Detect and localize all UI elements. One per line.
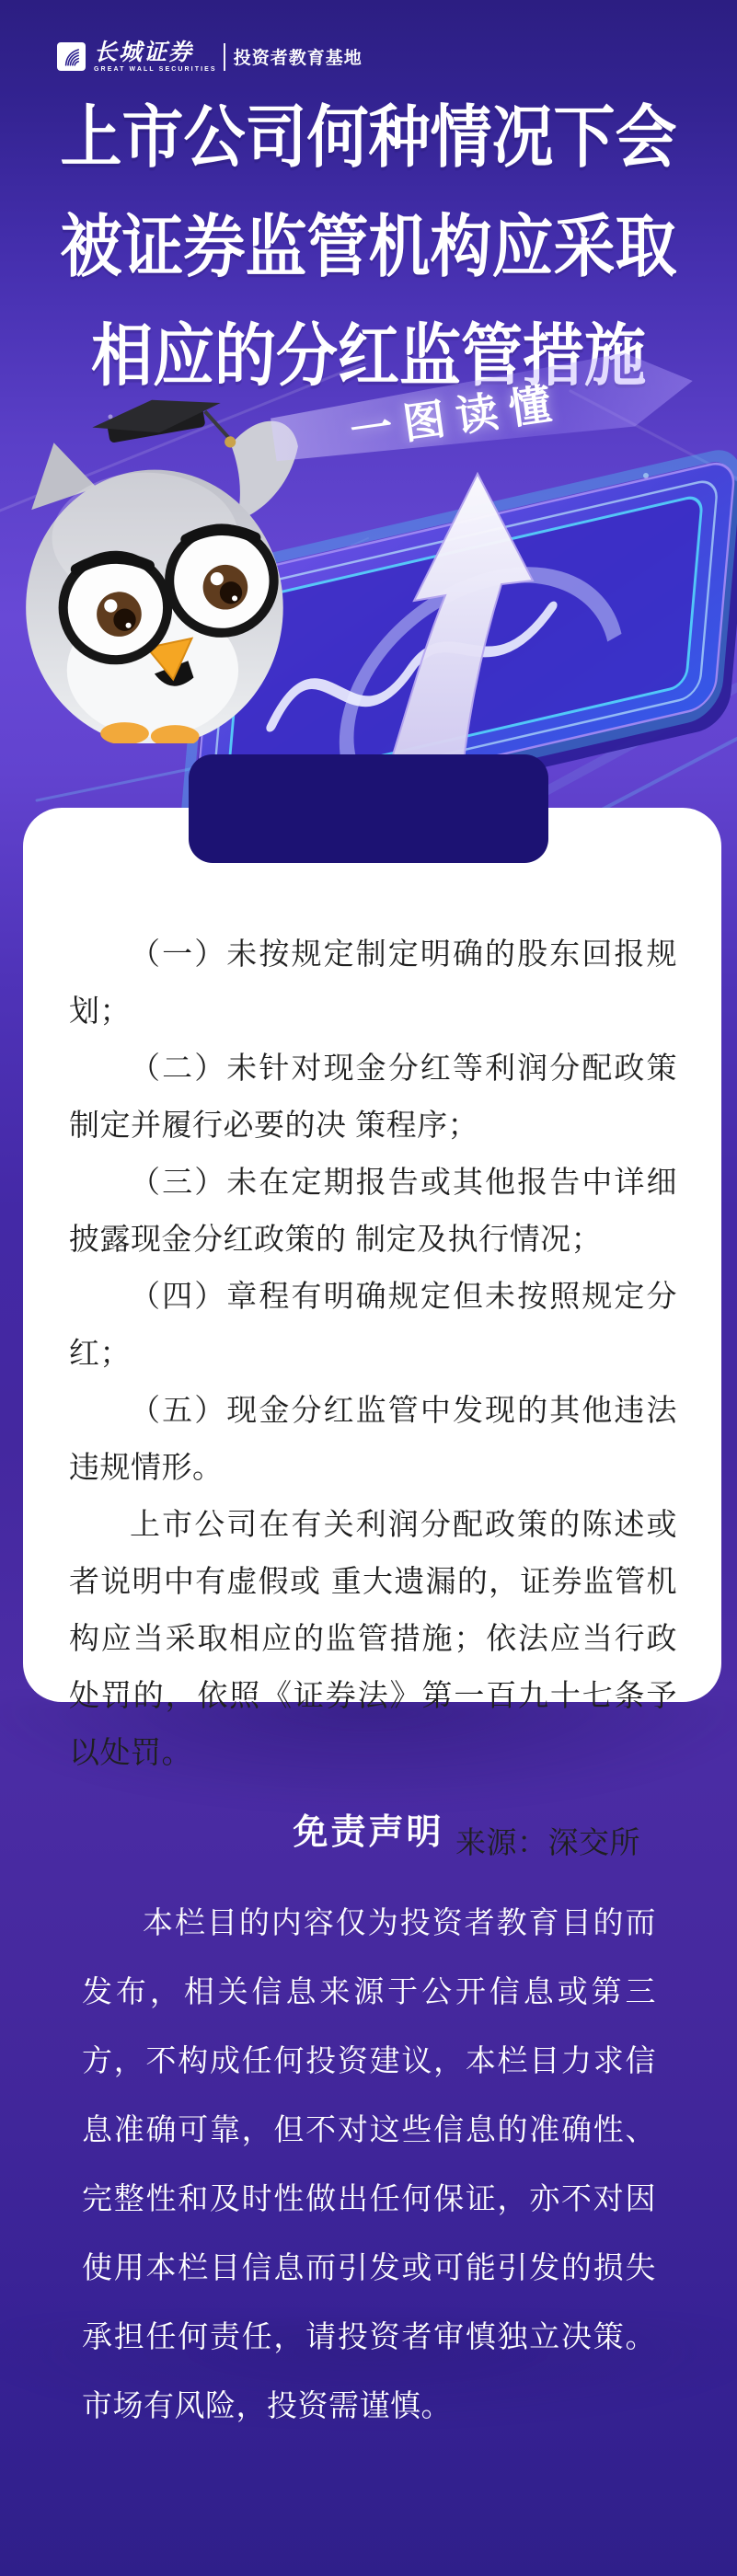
poster: 长城证券 GREAT WALL SECURITIES 投资者教育基地 上市公司何… [0, 0, 737, 2576]
card-top-tab [189, 754, 548, 863]
content-card: （一）未按规定制定明确的股东回报规划； （二）未针对现金分红等利润分配政策制定并… [23, 808, 721, 1702]
list-item-4: （四）章程有明确规定但未按照规定分红； [69, 1268, 677, 1382]
brand-name-en: GREAT WALL SECURITIES [94, 66, 217, 73]
owl-graduate-mascot [15, 397, 304, 743]
header-divider [224, 43, 225, 71]
brand-header: 长城证券 GREAT WALL SECURITIES 投资者教育基地 [57, 40, 363, 73]
brand-name-block: 长城证券 GREAT WALL SECURITIES [94, 40, 217, 73]
card-paragraph: 上市公司在有关利润分配政策的陈述或者说明中有虚假或 重大遗漏的，证券监管机构应当… [69, 1496, 677, 1781]
brand-logo [57, 42, 86, 71]
list-item-2: （二）未针对现金分红等利润分配政策制定并履行必要的决 策程序； [69, 1040, 677, 1154]
graduation-cap-icon [89, 397, 236, 471]
title-line-1: 上市公司何种情况下会 [0, 84, 737, 193]
wave-shell-icon [61, 46, 83, 68]
disclaimer-body: 本栏目的内容仅为投资者教育目的而发布，相关信息来源于公开信息或第三方，不构成任何… [82, 1888, 656, 2440]
source-label: 来源：深交所 [69, 1814, 677, 1871]
edu-base-label: 投资者教育基地 [234, 44, 363, 69]
list-item-1: （一）未按规定制定明确的股东回报规划； [69, 926, 677, 1040]
list-item-3: （三）未在定期报告或其他报告中详细披露现金分红政策的 制定及执行情况； [69, 1154, 677, 1268]
list-item-5: （五）现金分红监管中发现的其他违法违规情形。 [69, 1382, 677, 1496]
brand-name-cn: 长城证券 [94, 40, 217, 63]
title-line-2: 被证券监管机构应采取 [0, 193, 737, 303]
